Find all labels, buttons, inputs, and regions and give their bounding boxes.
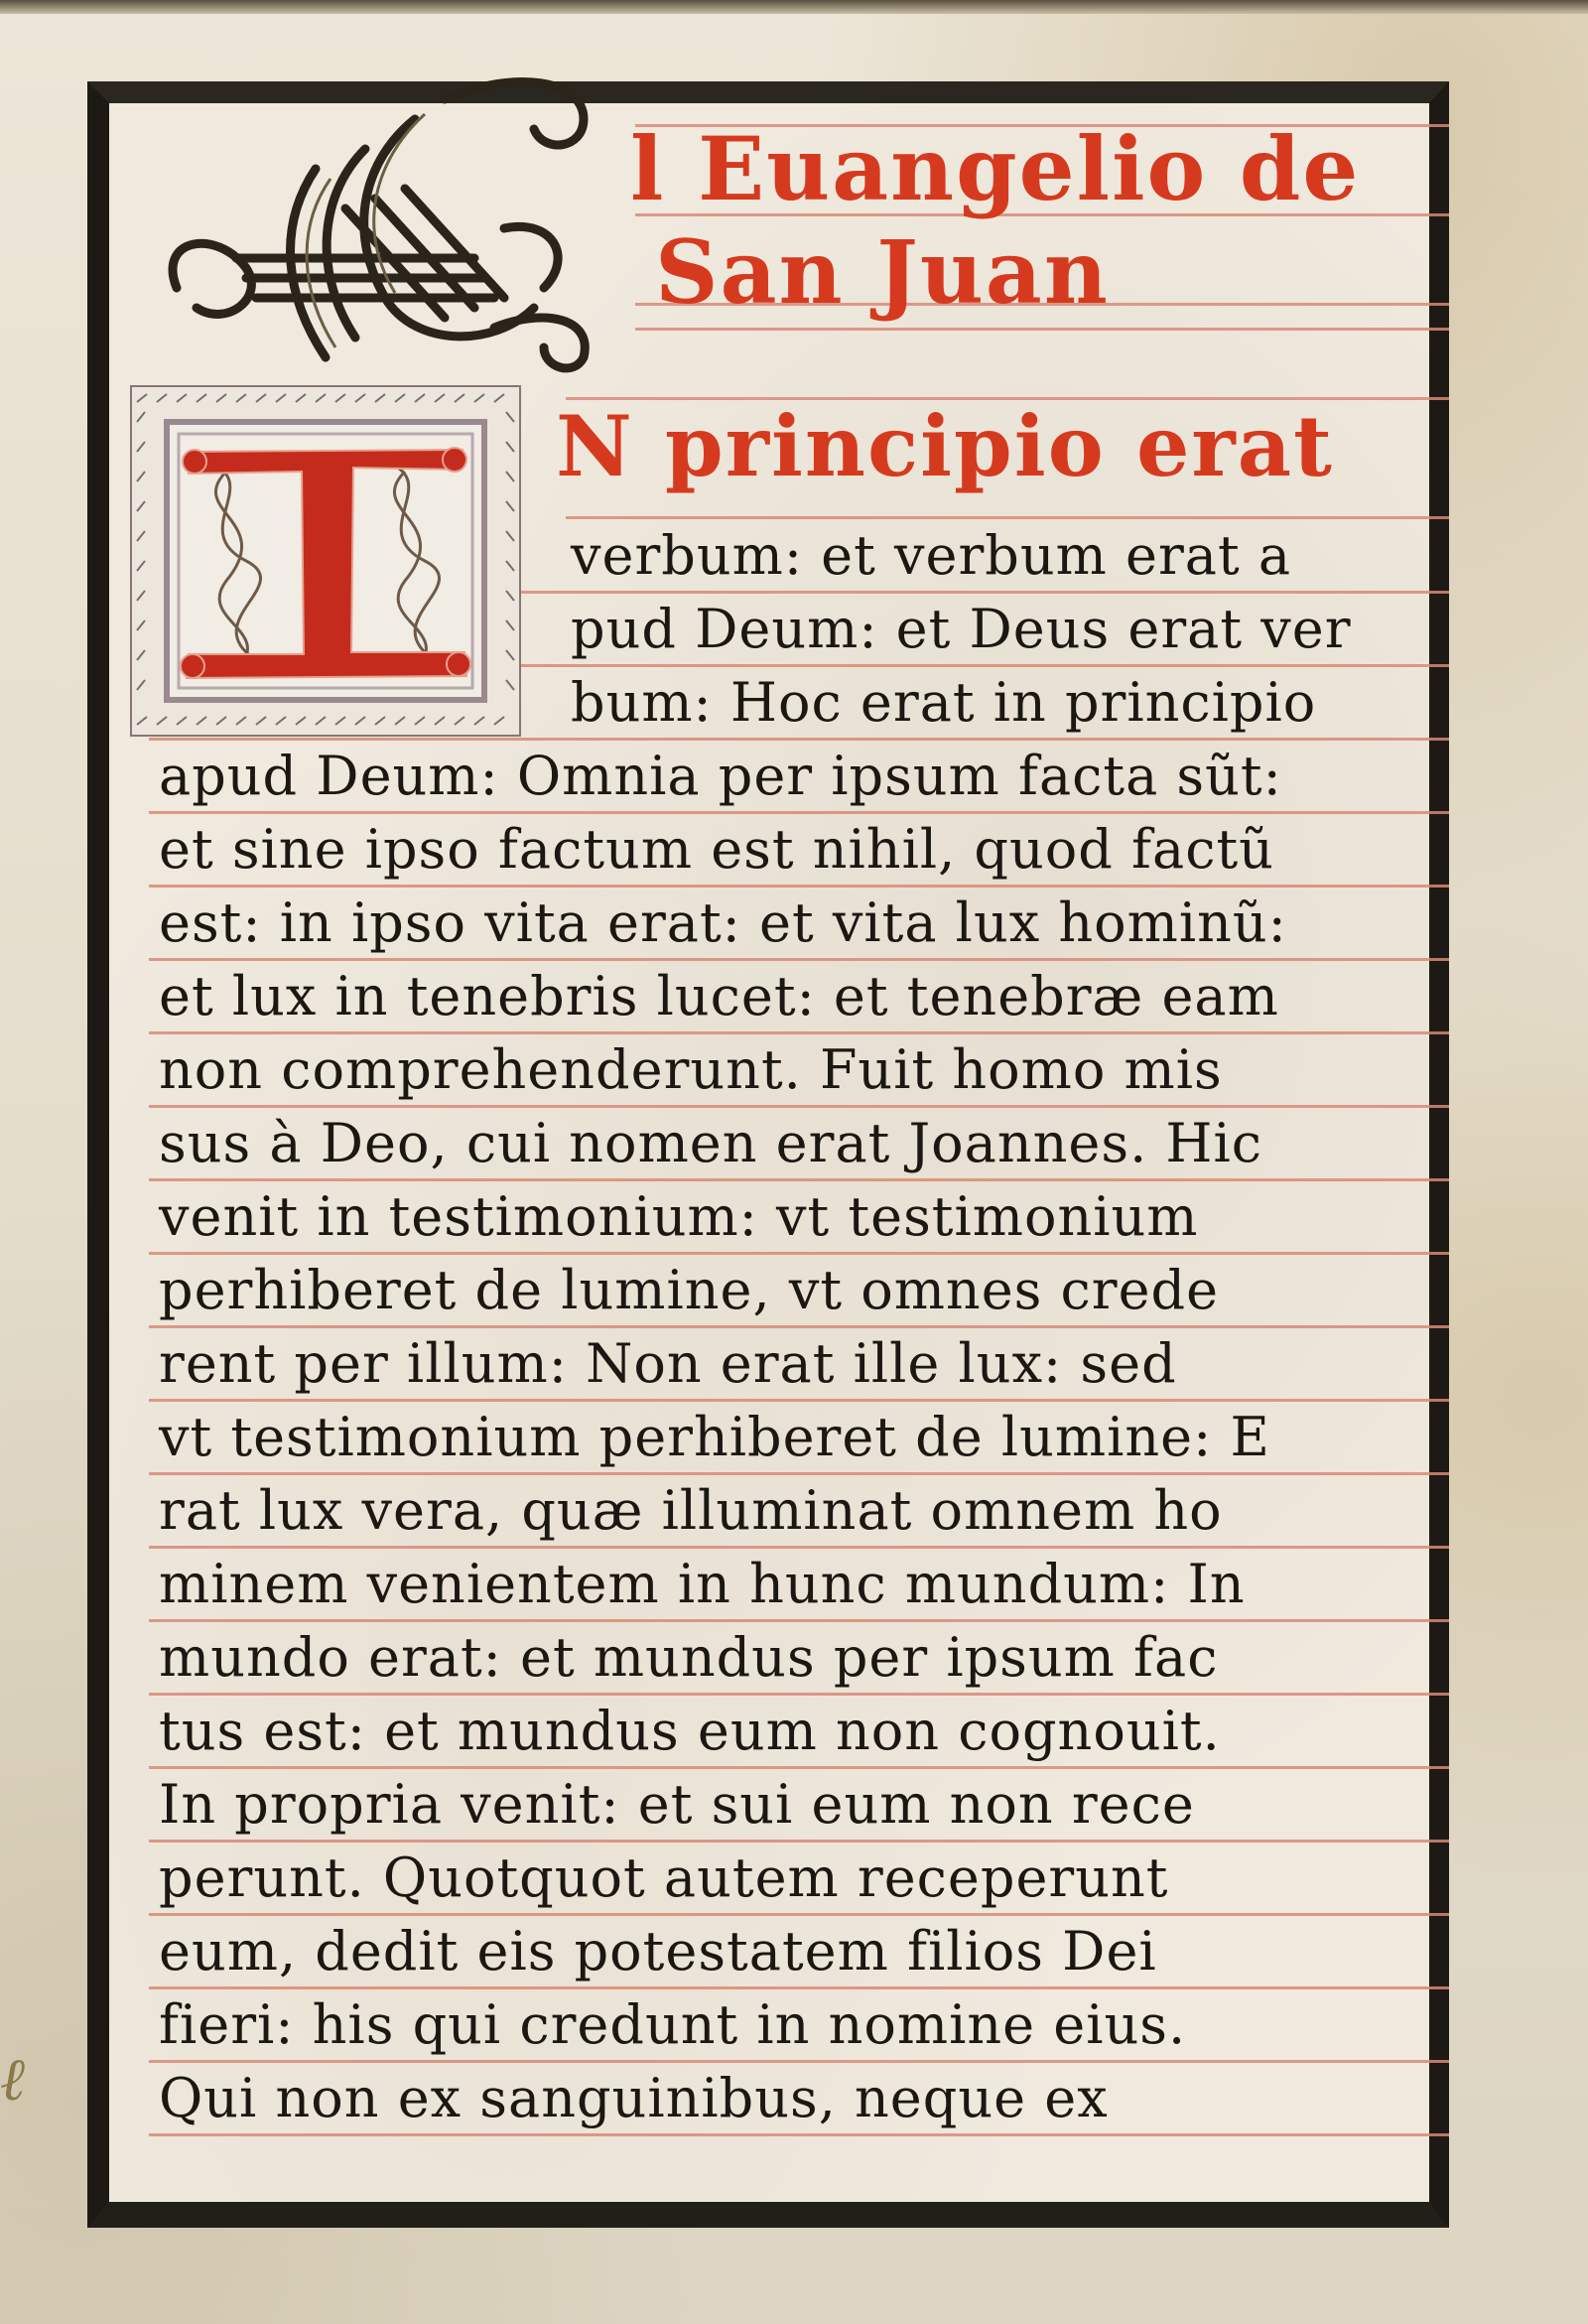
ruling-line bbox=[149, 1472, 1449, 1475]
ruling-line bbox=[635, 328, 1449, 331]
text-line: vt testimonium perhiberet de lumine: E bbox=[159, 1406, 1270, 1468]
text-line: tus est: et mundus eum non cognouit. bbox=[159, 1700, 1221, 1762]
ruling-line bbox=[149, 2060, 1449, 2063]
text-line: verbum: et verbum erat a bbox=[571, 524, 1291, 587]
text-line: rat lux vera, quæ illuminat omnem ho bbox=[159, 1479, 1223, 1542]
heading-line-1: l Euangelio de bbox=[630, 117, 1360, 220]
text-line: In propria venit: et sui eum non rece bbox=[159, 1773, 1195, 1836]
text-line: et sine ipso factum est nihil, quod fact… bbox=[159, 818, 1274, 881]
ruling-line bbox=[149, 1105, 1449, 1108]
ruling-line bbox=[149, 1986, 1449, 1989]
ruling-line bbox=[149, 1252, 1449, 1255]
text-line: pud Deum: et Deus erat ver bbox=[571, 598, 1352, 660]
ruling-line bbox=[149, 1325, 1449, 1328]
ruling-line bbox=[149, 1693, 1449, 1696]
marginal-scribble: ℓ bbox=[0, 2045, 60, 2164]
ruling-line bbox=[149, 1178, 1449, 1181]
text-line: rent per illum: Non erat ille lux: sed bbox=[159, 1332, 1177, 1395]
ruling-line bbox=[149, 885, 1449, 888]
text-line: perunt. Quotquot autem receperunt bbox=[159, 1846, 1168, 1909]
text-line: fieri: his qui credunt in nomine eius. bbox=[159, 1993, 1186, 2056]
flourished-initial-e-icon bbox=[117, 60, 653, 377]
ruling-line bbox=[149, 958, 1449, 961]
ruling-line bbox=[149, 1840, 1449, 1843]
illuminated-initial-i-icon bbox=[127, 382, 524, 740]
ruling-line bbox=[566, 516, 1449, 519]
ruling-line bbox=[149, 1546, 1449, 1549]
text-line: est: in ipso vita erat: et vita lux homi… bbox=[159, 891, 1287, 954]
text-line: venit in testimonium: vt testimonium bbox=[159, 1185, 1199, 1248]
text-line: non comprehenderunt. Fuit homo mis bbox=[159, 1038, 1223, 1101]
ruling-line bbox=[149, 1031, 1449, 1034]
ruling-line bbox=[149, 1913, 1449, 1916]
text-line: eum, dedit eis potestatem filios Dei bbox=[159, 1920, 1157, 1982]
text-line: sus à Deo, cui nomen erat Joannes. Hic bbox=[159, 1112, 1262, 1174]
ruling-line bbox=[149, 2133, 1449, 2136]
text-line: mundo erat: et mundus per ipsum fac bbox=[159, 1626, 1218, 1689]
ruling-line bbox=[149, 1399, 1449, 1402]
text-line: minem venientem in hunc mundum: In bbox=[159, 1553, 1246, 1615]
ruling-line bbox=[149, 811, 1449, 814]
ruling-line bbox=[149, 1619, 1449, 1622]
text-line: Qui non ex sanguinibus, neque ex bbox=[159, 2067, 1109, 2129]
text-line: perhiberet de lumine, vt omnes crede bbox=[159, 1259, 1219, 1321]
heading-line-2: San Juan bbox=[655, 220, 1110, 324]
ruling-line bbox=[149, 1766, 1449, 1769]
text-line: bum: Hoc erat in principio bbox=[571, 671, 1316, 734]
text-line: apud Deum: Omnia per ipsum facta sũt: bbox=[159, 745, 1282, 807]
incipit-line: N principio erat bbox=[556, 397, 1334, 495]
page-top-edge bbox=[0, 0, 1588, 14]
text-line: et lux in tenebris lucet: et tenebræ eam bbox=[159, 965, 1279, 1027]
